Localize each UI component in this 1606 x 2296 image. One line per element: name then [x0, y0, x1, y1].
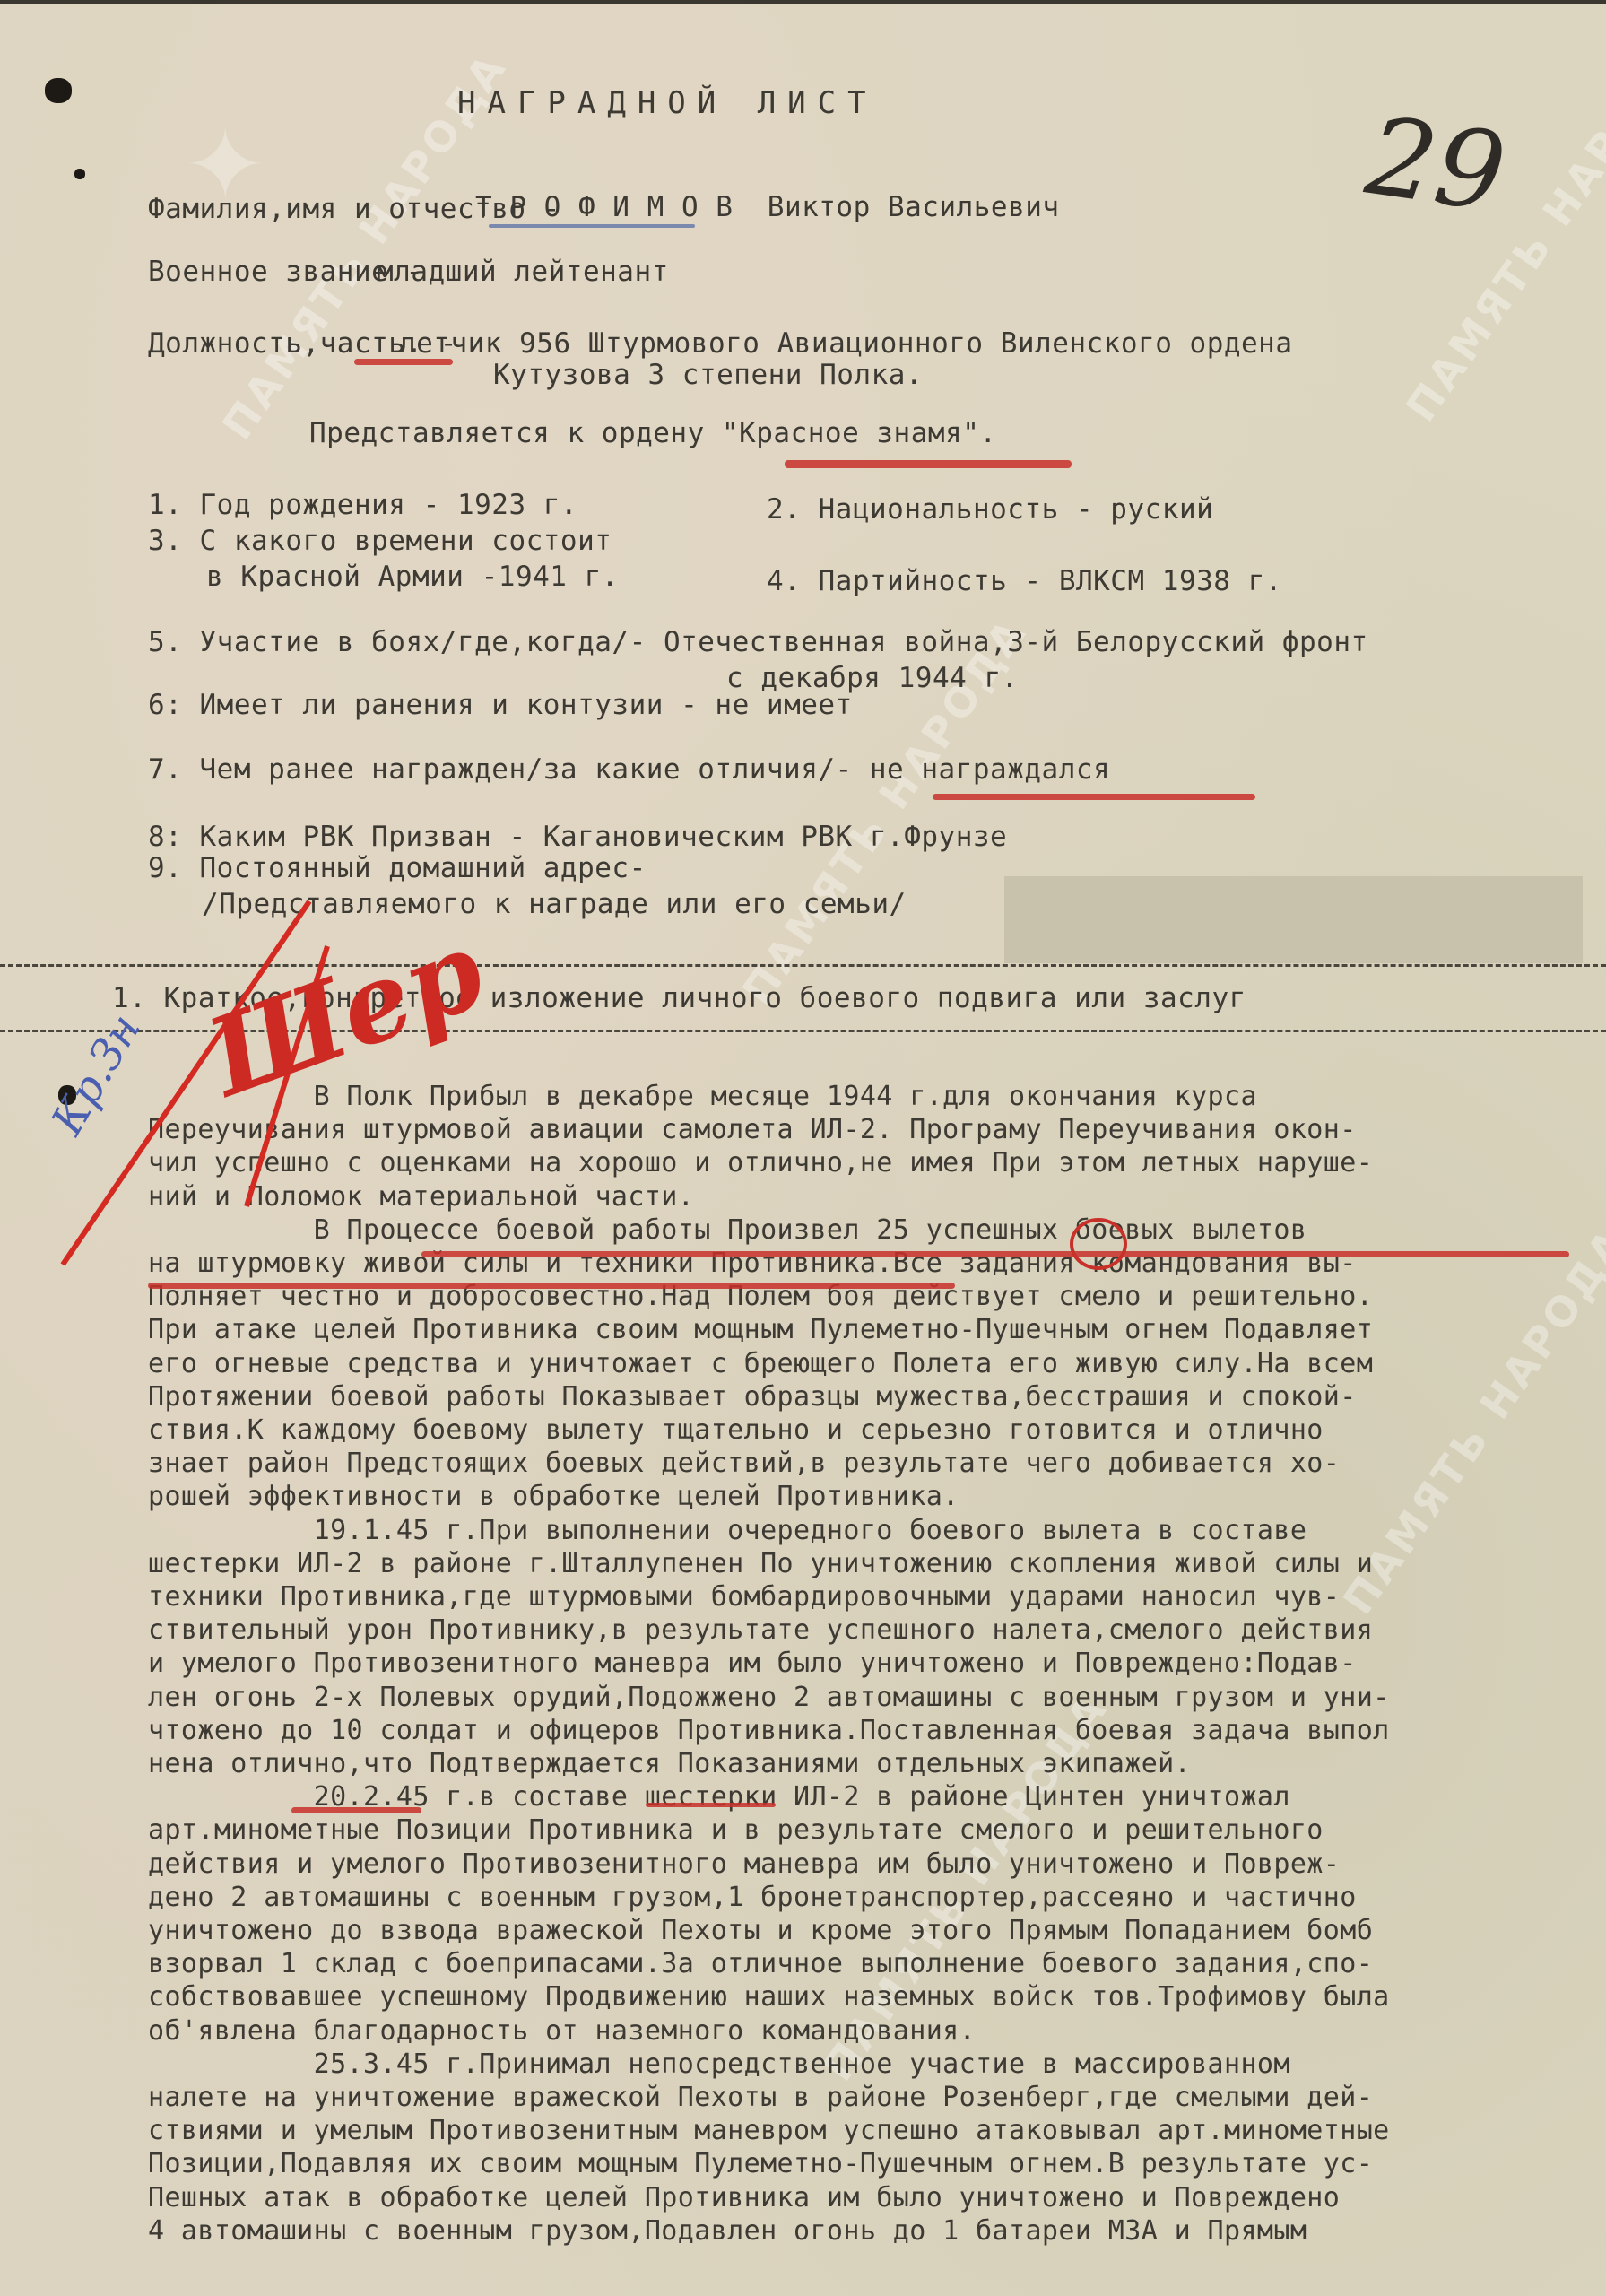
field-7-underline	[933, 794, 1255, 800]
page-top-edge	[0, 0, 1606, 4]
field-3: 3. С какого времени состоит	[148, 525, 612, 557]
formation-underline	[646, 1803, 776, 1807]
punch-hole	[45, 78, 72, 103]
circled-sortie-count	[1070, 1218, 1127, 1270]
sortie-underline	[421, 1251, 1569, 1257]
narrative-line: собствовавшее успешному Продвижению наши…	[148, 1981, 1390, 2013]
field-7: 7. Чем ранее награжден/за какие отличия/…	[148, 753, 1110, 786]
narrative-line: 4 автомашины с военным грузом,Подавлен о…	[148, 2215, 1307, 2247]
sortie-underline-2	[148, 1283, 955, 1289]
narrative-line: его огневые средства и уничтожает с брею…	[148, 1348, 1373, 1379]
punch-hole	[74, 169, 85, 179]
narrative-line: арт.минометные Позиции Противника и в ре…	[148, 1814, 1324, 1846]
narrative-line: рошей эффективности в обработке целей Пр…	[148, 1481, 959, 1512]
narrative-line: 19.1.45 г.При выполнении очередного боев…	[148, 1515, 1307, 1546]
narrative-line: дено 2 автомашины с военным грузом,1 бро…	[148, 1882, 1357, 1913]
narrative-line: уничтожено до взвода вражеской Пехоты и …	[148, 1915, 1373, 1946]
narrative-line: Протяжении боевой работы Показывает обра…	[148, 1381, 1357, 1413]
field-1: 1. Год рождения - 1923 г.	[148, 489, 577, 521]
narrative-line: об'явлена благодарность от наземного ком…	[148, 2015, 976, 2047]
narrative-line: взорвал 1 склад с боеприпасами.За отличн…	[148, 1948, 1373, 1979]
position-value-line1: летчик 956 Штурмового Авиационного Вилен…	[399, 327, 1293, 360]
narrative-line: налете на уничтожение вражеской Пехоты в…	[148, 2082, 1373, 2113]
name-underline	[489, 224, 695, 228]
position-underline	[354, 359, 453, 365]
narrative-line: ствиями и умелым Противозенитным маневро…	[148, 2115, 1390, 2146]
narrative-line: При атаке целей Противника своим мощным …	[148, 1314, 1373, 1345]
handwritten-page-number: 29	[1359, 94, 1513, 237]
field-2: 2. Национальность - руский	[767, 493, 1213, 526]
field-6: 6: Имеет ли ранения и контузии - не имее…	[148, 689, 853, 721]
narrative-line: чтожено до 10 солдат и офицеров Противни…	[148, 1715, 1390, 1746]
nomination: Представляется к ордену "Красное знамя".	[309, 417, 997, 449]
narrative-line: и умелого Противозенитного маневра им бы…	[148, 1648, 1357, 1679]
narrative-line: действия и умелого Противозенитного мане…	[148, 1848, 1340, 1880]
narrative-line: Позиции,Подавляя их своим мощным Пулемет…	[148, 2148, 1373, 2179]
narrative-line: Пешных атак в обработке целей Противника…	[148, 2182, 1340, 2213]
narrative-line: ствия.К каждому боевому вылету тщательно…	[148, 1414, 1324, 1446]
field-8: 8: Каким РВК Призван - Кагановическим РВ…	[148, 821, 1007, 853]
document-title: НАГРАДНОЙ ЛИСТ	[457, 85, 878, 121]
narrative-line: ствительный урон Противнику,в результате…	[148, 1614, 1373, 1646]
name-value: Т Р О Ф И М О В Виктор Васильевич	[475, 191, 1060, 223]
rank-value: младший лейтенант	[377, 256, 669, 288]
field-9: 9. Постоянный домашний адрес-	[148, 852, 647, 884]
narrative-line: шестерки ИЛ-2 в районе г.Шталлупенен По …	[148, 1548, 1373, 1579]
position-value-line2: Кутузова 3 степени Полка.	[493, 359, 923, 391]
narrative-line: нена отлично,что Подтверждается Показани…	[148, 1748, 1191, 1779]
field-5: 5. Участие в боях/где,когда/- Отечествен…	[148, 626, 1368, 658]
narrative-line: техники Противника,где штурмовыми бомбар…	[148, 1581, 1340, 1613]
narrative-line: 25.3.45 г.Принимал непосредственное учас…	[148, 2048, 1290, 2080]
nomination-underline	[785, 460, 1072, 468]
narrative-line: знает район Предстоящих боевых действий,…	[148, 1448, 1340, 1479]
field-4: 4. Партийность - ВЛКСМ 1938 г.	[767, 565, 1282, 597]
sixes-underline	[291, 1807, 421, 1813]
redacted-address	[1004, 876, 1583, 963]
narrative-line: лен огонь 2-х Полевых орудий,Подожжено 2…	[148, 1682, 1390, 1713]
field-3-cont: в Красной Армии -1941 г.	[206, 561, 619, 593]
